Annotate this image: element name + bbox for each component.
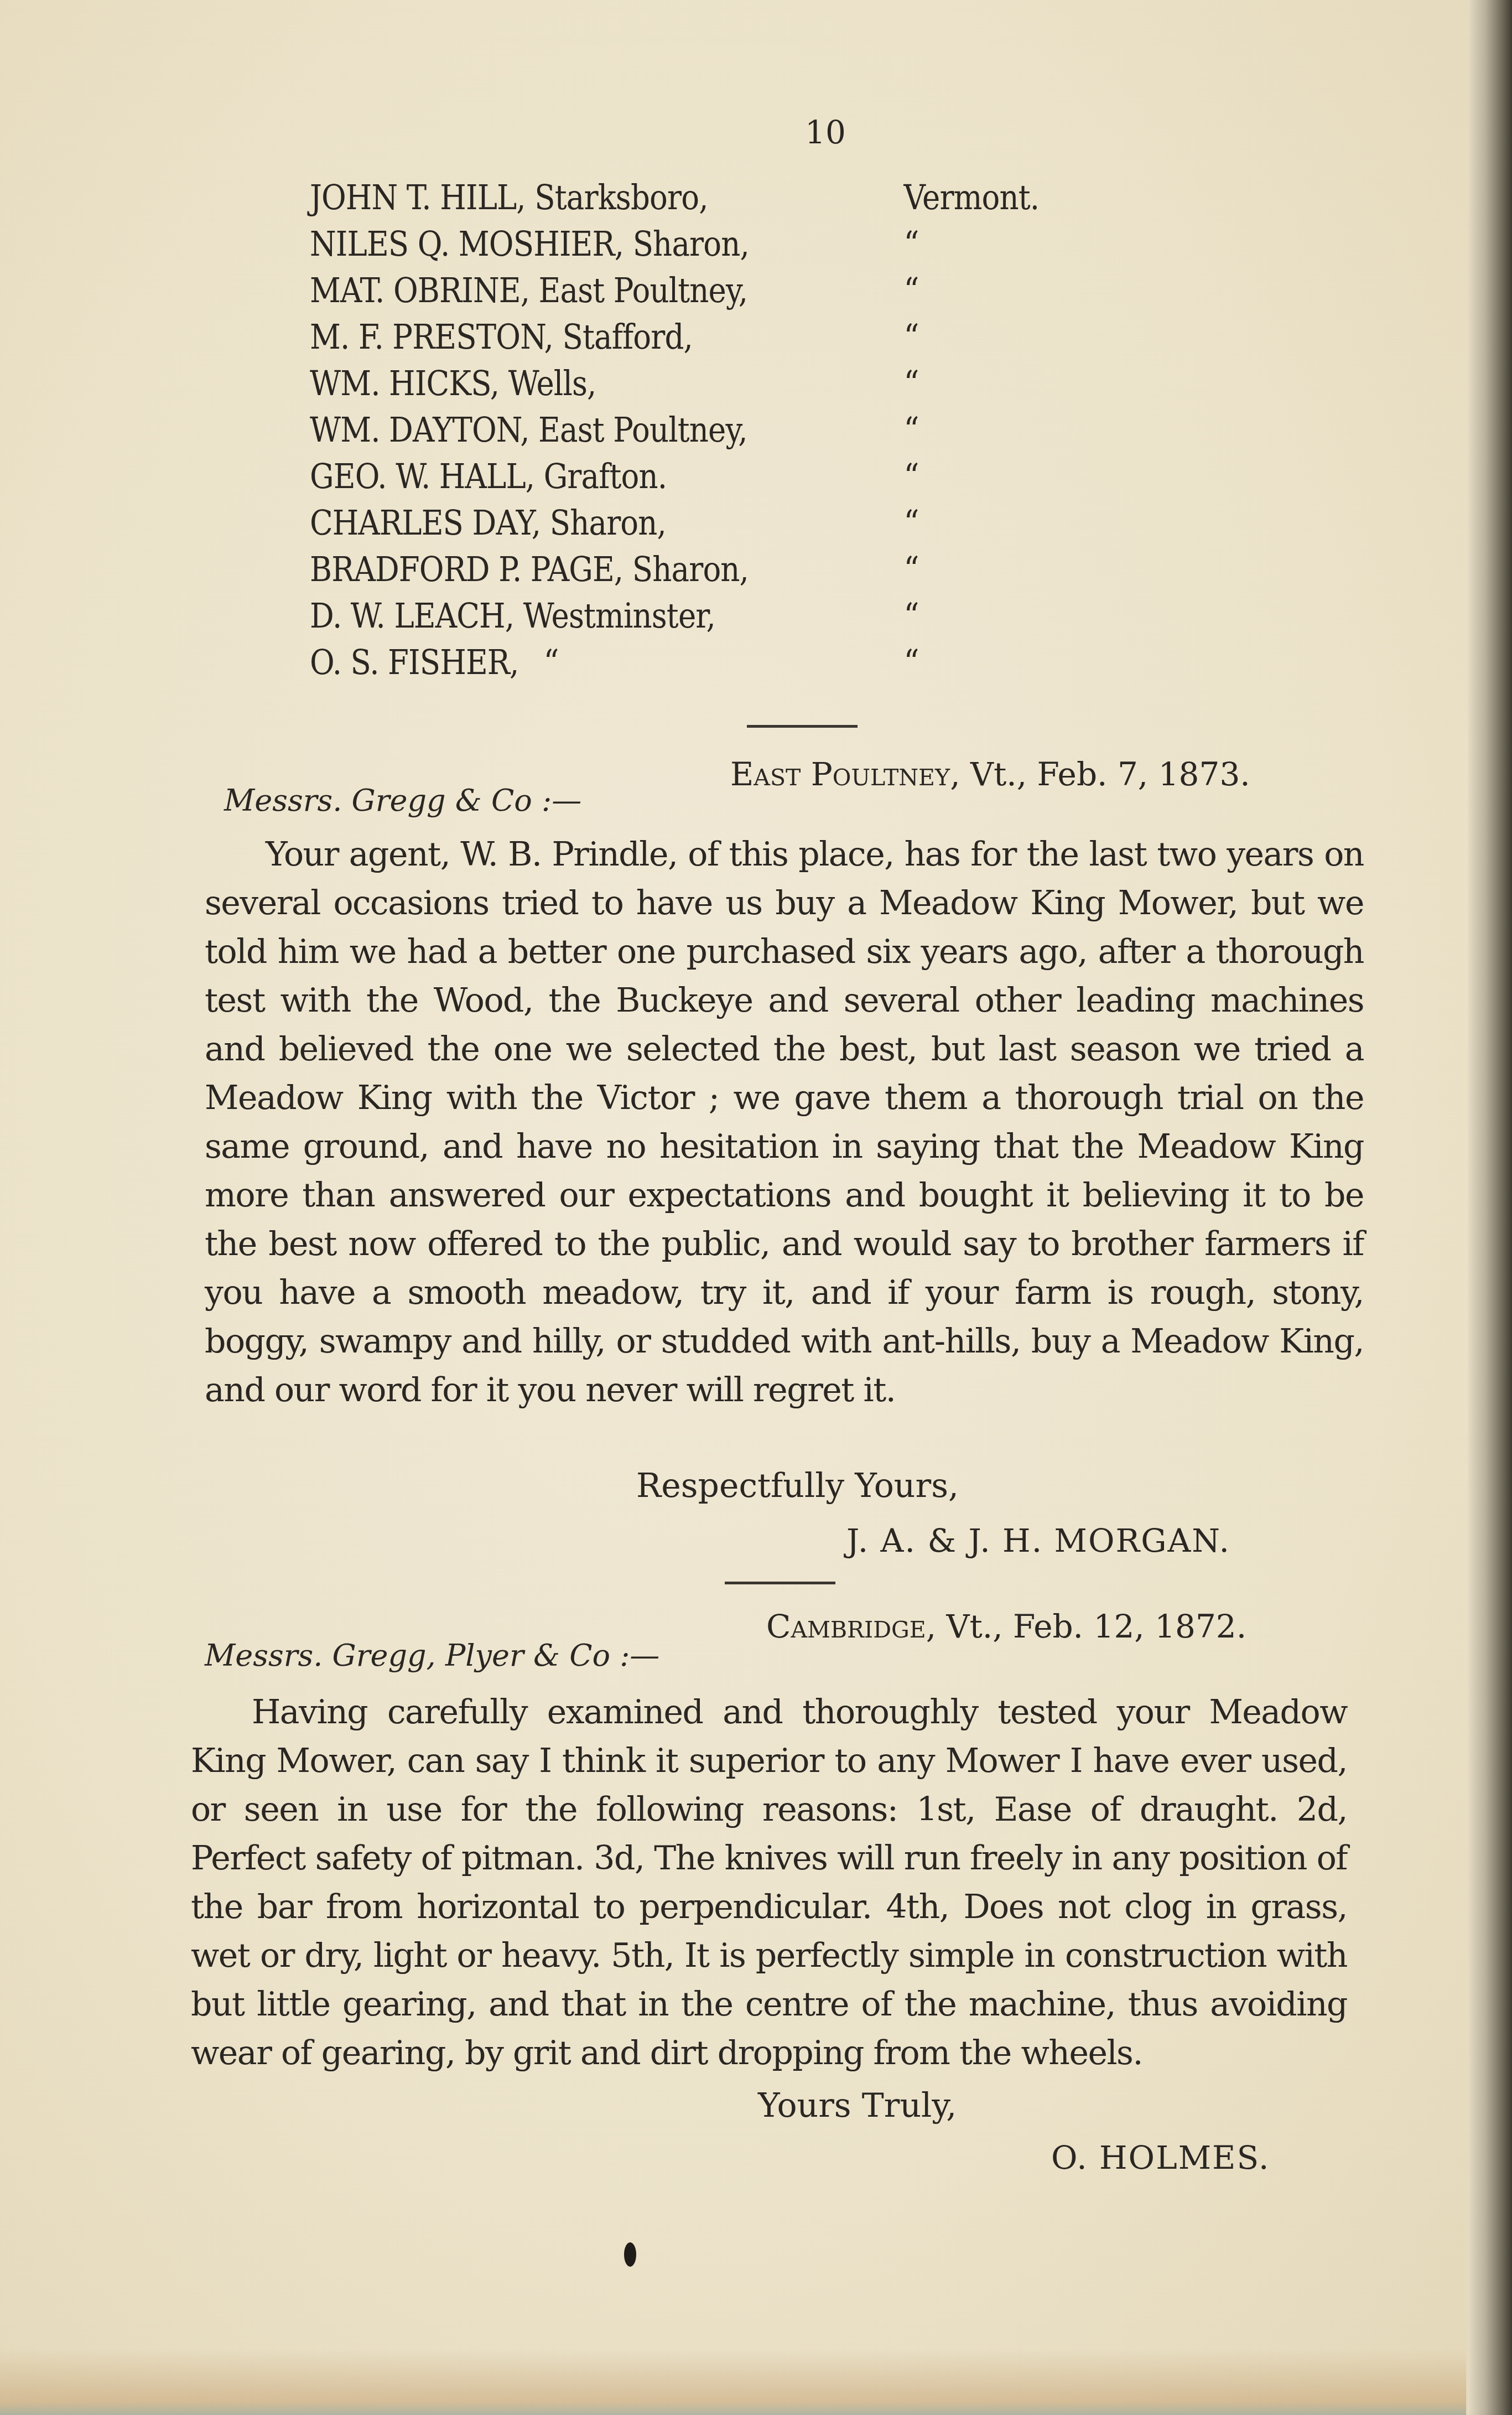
roster-state: Vermont. xyxy=(904,177,1040,217)
roster-state: “ xyxy=(904,595,919,636)
roster-name: GEO. W. HALL, Grafton. xyxy=(310,456,667,496)
letter-1-dateline: East Poultney, Vt., Feb. 7, 1873. xyxy=(730,755,1250,793)
letter-2-dateline: Cambridge, Vt., Feb. 12, 1872. xyxy=(766,1608,1246,1645)
roster-state: “ xyxy=(904,317,919,357)
book-spine-shadow xyxy=(1468,0,1512,2415)
roster-state: “ xyxy=(904,456,919,496)
roster-name: CHARLES DAY, Sharon, xyxy=(310,502,666,543)
section-divider xyxy=(725,1582,835,1584)
letter-2-place: Cambridge xyxy=(766,1608,926,1645)
letter-2-closing: Yours Truly, xyxy=(758,2086,957,2125)
letter-2-date: , Vt., Feb. 12, 1872. xyxy=(926,1608,1247,1645)
roster-name: WM. HICKS, Wells, xyxy=(310,363,596,403)
roster-state: “ xyxy=(904,502,919,543)
roster-state: “ xyxy=(904,363,919,403)
roster-row: D. W. LEACH, Westminster,“ xyxy=(310,595,1040,642)
roster-row: O. S. FISHER,““ xyxy=(310,642,1040,688)
roster-name: NILES Q. MOSHIER, Sharon, xyxy=(310,224,749,264)
ink-blot xyxy=(624,2242,636,2267)
roster-name: MAT. OBRINE, East Poultney, xyxy=(310,270,747,310)
letter-2-salutation: Messrs. Gregg, Plyer & Co :— xyxy=(205,1638,659,1673)
roster-name: JOHN T. HILL, Starksboro, xyxy=(310,177,708,217)
roster-state: “ xyxy=(904,224,919,264)
roster-row: WM. HICKS, Wells,“ xyxy=(310,363,1040,410)
roster-row: JOHN T. HILL, Starksboro,Vermont. xyxy=(310,177,1040,224)
document-page: 10 JOHN T. HILL, Starksboro,Vermont. NIL… xyxy=(0,0,1512,2415)
roster-row: M. F. PRESTON, Stafford,“ xyxy=(310,317,1040,363)
letter-2-signature: O. HOLMES. xyxy=(1051,2139,1270,2176)
roster-row: MAT. OBRINE, East Poultney,“ xyxy=(310,270,1040,317)
roster-state: “ xyxy=(904,642,919,682)
roster-name: M. F. PRESTON, Stafford, xyxy=(310,317,693,357)
roster-row: NILES Q. MOSHIER, Sharon,“ xyxy=(310,224,1040,270)
roster-row: CHARLES DAY, Sharon,“ xyxy=(310,502,1040,549)
testimonial-roster: JOHN T. HILL, Starksboro,Vermont. NILES … xyxy=(310,177,1140,688)
page-stain xyxy=(0,2349,1466,2415)
roster-name: WM. DAYTON, East Poultney, xyxy=(310,410,747,450)
page-number: 10 xyxy=(805,113,846,151)
roster-state: “ xyxy=(904,270,919,310)
letter-1-signature: J. A. & J. H. MORGAN. xyxy=(846,1522,1230,1559)
letter-2-paragraph: Having carefully examined and thoroughly… xyxy=(191,1688,1347,2077)
roster-state: “ xyxy=(904,410,919,450)
letter-1-date: , Vt., Feb. 7, 1873. xyxy=(950,755,1250,793)
roster-name: D. W. LEACH, Westminster, xyxy=(310,595,715,636)
letter-2-body: Having carefully examined and thoroughly… xyxy=(191,1688,1347,2077)
letter-1-closing: Respectfully Yours, xyxy=(636,1466,959,1505)
section-divider xyxy=(747,725,858,728)
roster-row: GEO. W. HALL, Grafton.“ xyxy=(310,456,1040,502)
roster-name: BRADFORD P. PAGE, Sharon, xyxy=(310,549,749,589)
roster-row: WM. DAYTON, East Poultney,“ xyxy=(310,410,1040,456)
roster-town-ditto: “ xyxy=(543,642,558,682)
roster-state: “ xyxy=(904,549,919,589)
letter-1-place: East Poultney xyxy=(730,755,950,793)
letter-1-body: Your agent, W. B. Prindle, of this place… xyxy=(205,830,1364,1414)
roster-name: O. S. FISHER, xyxy=(310,642,519,682)
letter-1-salutation: Messrs. Gregg & Co :— xyxy=(224,783,581,818)
letter-1-paragraph: Your agent, W. B. Prindle, of this place… xyxy=(205,830,1364,1414)
roster-row: BRADFORD P. PAGE, Sharon,“ xyxy=(310,549,1040,595)
